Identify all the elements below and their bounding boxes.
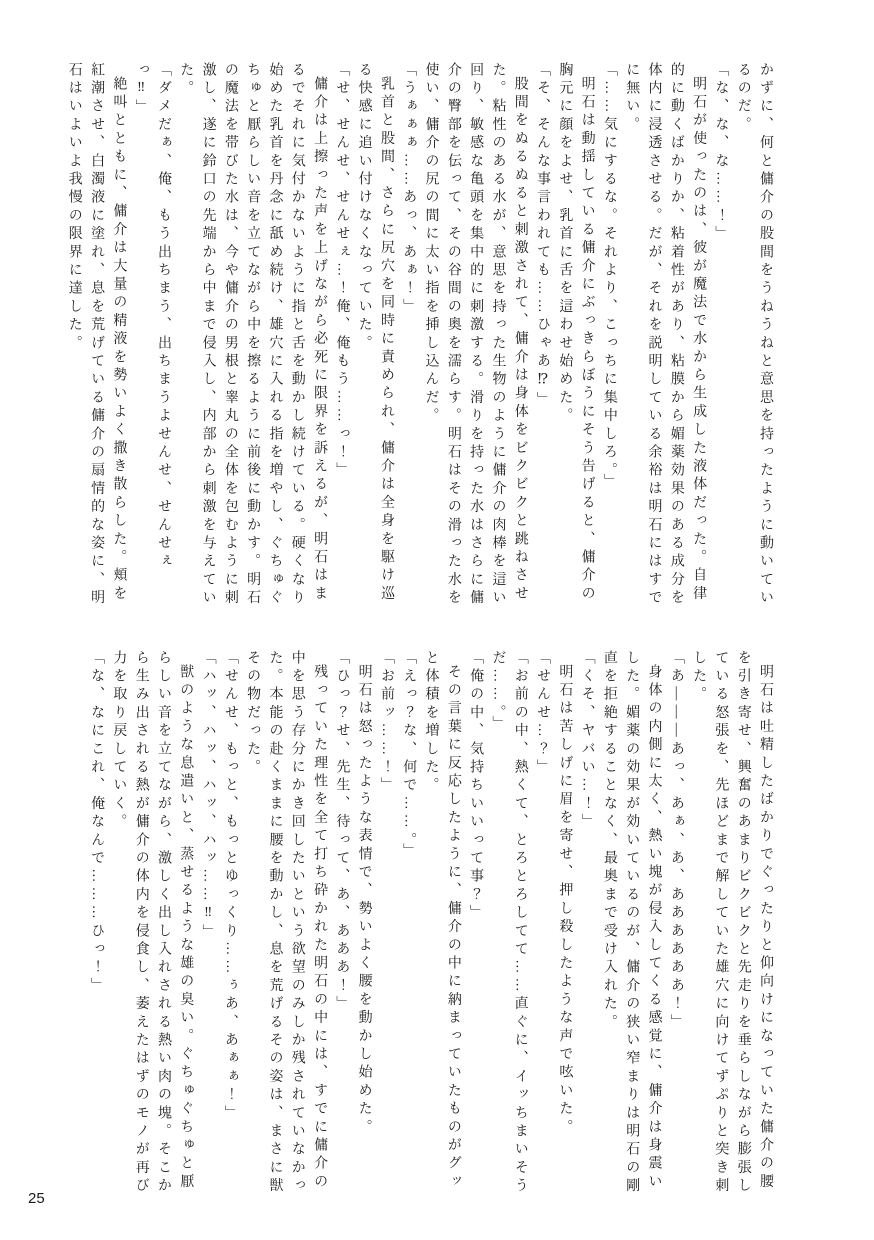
- dialogue-paragraph: 「えっ？な、何で……。」: [397, 650, 419, 1207]
- narrative-paragraph: 股間をぬるぬると刺激されて、傭介は身体をビクビクと跳ねさせた。粘性のある水が、意…: [419, 62, 530, 619]
- narrative-paragraph: 明石が使ったのは、彼が魔法で水から生成した液体だった。自律的に動くばかりか、粘着…: [620, 62, 709, 619]
- dialogue-paragraph: 「せ、せんせ、せんせぇ…！俺、俺もう……っ！」: [330, 62, 352, 619]
- narrative-paragraph: 明石は苦しげに眉を寄せ、押し殺したような声で呟いた。: [553, 650, 575, 1207]
- narrative-paragraph: 乳首と股間、さらに尻穴を同時に責められ、傭介は全身を駆け巡る快感に追い付けなくな…: [352, 62, 397, 619]
- dialogue-paragraph: 「お前ッ……！」: [375, 650, 397, 1207]
- dialogue-paragraph: 「ダメだぁ、俺、もう出ちまう、出ちまうよせんせ、せんせぇっ‼」: [129, 62, 174, 619]
- narrative-paragraph: 明石は怒ったような表情で、勢いよく腰を動かし始めた。: [352, 650, 374, 1207]
- narrative-paragraph: 絶叫とともに、傭介は大量の精液を勢いよく撒き散らした。頬を紅潮させ、白濁液に塗れ…: [63, 62, 130, 619]
- narrative-paragraph: 身体の内側に太く、熱い塊が侵入してくる感覚に、傭介は身震いした。媚薬の効果が効い…: [598, 650, 665, 1207]
- text-block-bottom: 明石は吐精したばかりでぐったりと仰向けになっていた傭介の腰を引き寄せ、興奮のあま…: [84, 650, 776, 1207]
- dialogue-paragraph: 「お前の中、熱くて、とろとろしてて……直ぐに、イッちまいそうだ……。」: [486, 650, 531, 1207]
- dialogue-paragraph: 「な、な、な……！」: [709, 62, 731, 619]
- dialogue-paragraph: 「そ、そんな事言われても……ひゃあ⁉」: [531, 62, 553, 619]
- document-page: かずに、何と傭介の股間をうねうねと意思を持ったように動いているのだ。「な、な、な…: [0, 0, 874, 1240]
- dialogue-paragraph: 「せんせ…？」: [531, 650, 553, 1207]
- narrative-paragraph: その言葉に反応したように、傭介の中に納まっていたものがグッと体積を増した。: [419, 650, 464, 1207]
- dialogue-paragraph: 「……気にするな。それより、こっちに集中しろ。」: [598, 62, 620, 619]
- narrative-paragraph: 傭介は上擦った声を上げながら必死に限界を訴えるが、明石はまるでそれに気付かないよ…: [174, 62, 330, 619]
- dialogue-paragraph: 「な、なにこれ、俺なんで………ひっ！」: [85, 650, 107, 1207]
- text-block-top: かずに、何と傭介の股間をうねうねと意思を持ったように動いているのだ。「な、な、な…: [84, 62, 776, 619]
- dialogue-paragraph: 「ひっ？せ、先生、待って、あ、あああ！」: [330, 650, 352, 1207]
- page-number: 25: [28, 1190, 45, 1207]
- narrative-paragraph: 明石は吐精したばかりでぐったりと仰向けになっていた傭介の腰を引き寄せ、興奮のあま…: [687, 650, 776, 1207]
- dialogue-paragraph: 「ハッ、ハッ、ハッ、ハッ……‼」: [196, 650, 218, 1207]
- dialogue-paragraph: 「あ―――あっ、あぁ、あ、ああああああ！」: [665, 650, 687, 1207]
- dialogue-paragraph: 「くそ、ヤバい…！」: [575, 650, 597, 1207]
- narrative-continued-paragraph: かずに、何と傭介の股間をうねうねと意思を持ったように動いているのだ。: [731, 62, 776, 619]
- narrative-paragraph: 明石は動揺している傭介にぶっきらぼうにそう告げると、傭介の胸元に顔をよせ、乳首に…: [553, 62, 598, 619]
- narrative-paragraph: 獣のような息遣いと、蒸せるような雄の臭い。ぐちゅぐちゅと厭らしい音を立てながら、…: [107, 650, 196, 1207]
- dialogue-paragraph: 「うぁぁぁ……あっ、あぁ！」: [397, 62, 419, 619]
- dialogue-paragraph: 「俺の中、気持ちいいって事？」: [464, 650, 486, 1207]
- narrative-paragraph: 残っていた理性を全て打ち砕かれた明石の中には、すでに傭介の中を思う存分にかき回し…: [241, 650, 330, 1207]
- dialogue-paragraph: 「せんせ、もっと、もっとゆっくり……ぅあ、あぁぁ！」: [219, 650, 241, 1207]
